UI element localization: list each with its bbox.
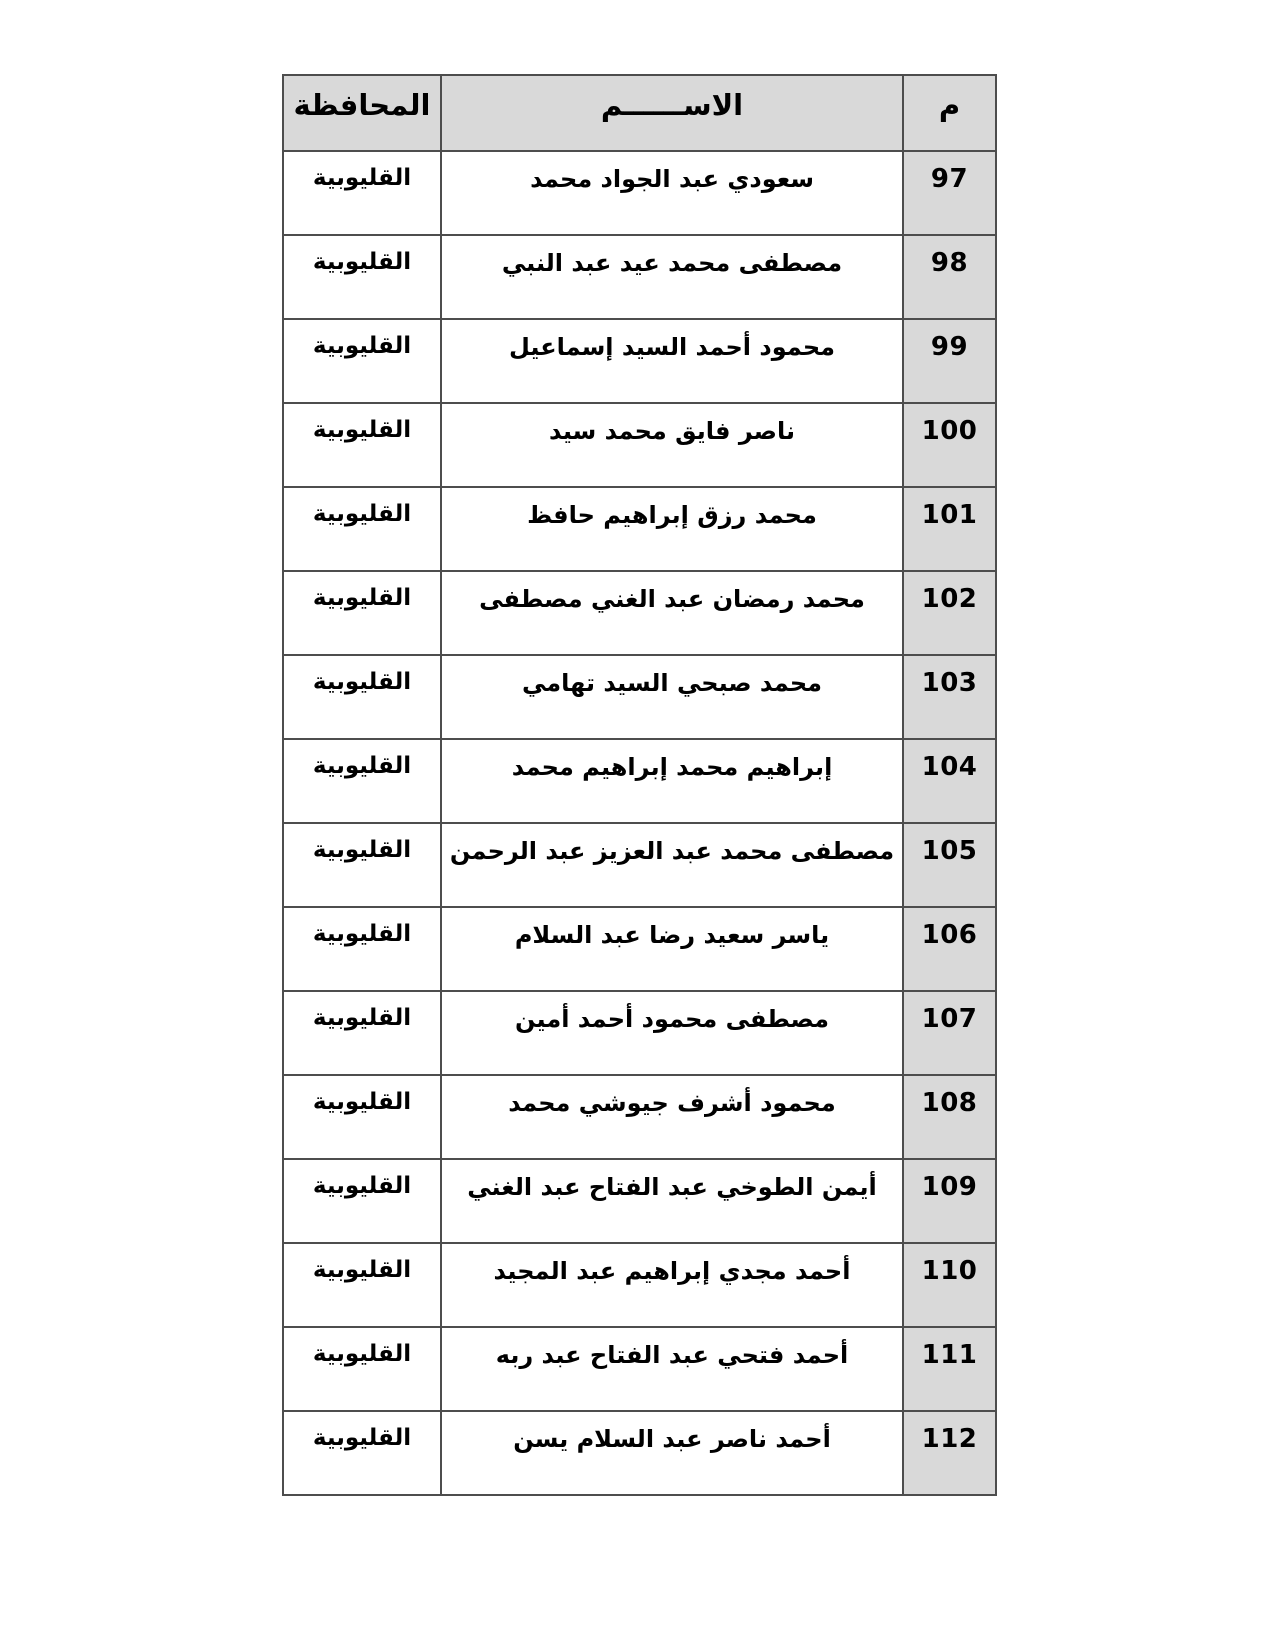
serial-cell: 106 — [903, 907, 996, 991]
table-row: 108 محمود أشرف جيوشي محمد القليوبية — [283, 1075, 996, 1159]
name-cell: أحمد فتحي عبد الفتاح عبد ربه — [441, 1327, 903, 1411]
governorate-cell: القليوبية — [283, 403, 441, 487]
table-row: 100 ناصر فايق محمد سيد القليوبية — [283, 403, 996, 487]
table-row: 97 سعودي عبد الجواد محمد القليوبية — [283, 151, 996, 235]
name-cell: ناصر فايق محمد سيد — [441, 403, 903, 487]
table-row: 106 ياسر سعيد رضا عبد السلام القليوبية — [283, 907, 996, 991]
governorate-cell: القليوبية — [283, 907, 441, 991]
table-row: 107 مصطفى محمود أحمد أمين القليوبية — [283, 991, 996, 1075]
table-row: 104 إبراهيم محمد إبراهيم محمد القليوبية — [283, 739, 996, 823]
serial-cell: 105 — [903, 823, 996, 907]
serial-cell: 100 — [903, 403, 996, 487]
serial-cell: 102 — [903, 571, 996, 655]
table-row: 102 محمد رمضان عبد الغني مصطفى القليوبية — [283, 571, 996, 655]
table-row: 110 أحمد مجدي إبراهيم عبد المجيد القليوب… — [283, 1243, 996, 1327]
table-body: 97 سعودي عبد الجواد محمد القليوبية 98 مص… — [283, 151, 996, 1495]
serial-cell: 108 — [903, 1075, 996, 1159]
header-serial: م — [903, 75, 996, 151]
governorate-cell: القليوبية — [283, 1159, 441, 1243]
serial-cell: 104 — [903, 739, 996, 823]
governorate-cell: القليوبية — [283, 655, 441, 739]
table-row: 109 أيمن الطوخي عبد الفتاح عبد الغني الق… — [283, 1159, 996, 1243]
name-cell: إبراهيم محمد إبراهيم محمد — [441, 739, 903, 823]
table-header-row: م الاســــــم المحافظة — [283, 75, 996, 151]
name-cell: ياسر سعيد رضا عبد السلام — [441, 907, 903, 991]
name-cell: أيمن الطوخي عبد الفتاح عبد الغني — [441, 1159, 903, 1243]
name-cell: مصطفى محمود أحمد أمين — [441, 991, 903, 1075]
serial-cell: 103 — [903, 655, 996, 739]
table-row: 111 أحمد فتحي عبد الفتاح عبد ربه القليوب… — [283, 1327, 996, 1411]
governorate-cell: القليوبية — [283, 1411, 441, 1495]
name-cell: محمد رزق إبراهيم حافظ — [441, 487, 903, 571]
name-cell: أحمد ناصر عبد السلام يسن — [441, 1411, 903, 1495]
governorate-cell: القليوبية — [283, 991, 441, 1075]
governorate-cell: القليوبية — [283, 1075, 441, 1159]
governorate-cell: القليوبية — [283, 319, 441, 403]
governorate-cell: القليوبية — [283, 1243, 441, 1327]
name-cell: محمد صبحي السيد تهامي — [441, 655, 903, 739]
serial-cell: 99 — [903, 319, 996, 403]
governorate-cell: القليوبية — [283, 1327, 441, 1411]
table-row: 99 محمود أحمد السيد إسماعيل القليوبية — [283, 319, 996, 403]
name-cell: مصطفى محمد عيد عبد النبي — [441, 235, 903, 319]
governorate-cell: القليوبية — [283, 571, 441, 655]
header-name: الاســــــم — [441, 75, 903, 151]
governorate-cell: القليوبية — [283, 823, 441, 907]
roster-table: م الاســــــم المحافظة 97 سعودي عبد الجو… — [282, 74, 997, 1496]
table-row: 103 محمد صبحي السيد تهامي القليوبية — [283, 655, 996, 739]
table-row: 105 مصطفى محمد عبد العزيز عبد الرحمن الق… — [283, 823, 996, 907]
header-governorate: المحافظة — [283, 75, 441, 151]
name-cell: أحمد مجدي إبراهيم عبد المجيد — [441, 1243, 903, 1327]
name-cell: محمود أحمد السيد إسماعيل — [441, 319, 903, 403]
document-page: م الاســــــم المحافظة 97 سعودي عبد الجو… — [0, 0, 1275, 1650]
serial-cell: 107 — [903, 991, 996, 1075]
table-row: 112 أحمد ناصر عبد السلام يسن القليوبية — [283, 1411, 996, 1495]
table-row: 101 محمد رزق إبراهيم حافظ القليوبية — [283, 487, 996, 571]
serial-cell: 112 — [903, 1411, 996, 1495]
name-cell: محمد رمضان عبد الغني مصطفى — [441, 571, 903, 655]
name-cell: مصطفى محمد عبد العزيز عبد الرحمن — [441, 823, 903, 907]
table-row: 98 مصطفى محمد عيد عبد النبي القليوبية — [283, 235, 996, 319]
serial-cell: 109 — [903, 1159, 996, 1243]
serial-cell: 101 — [903, 487, 996, 571]
governorate-cell: القليوبية — [283, 739, 441, 823]
governorate-cell: القليوبية — [283, 235, 441, 319]
serial-cell: 98 — [903, 235, 996, 319]
serial-cell: 97 — [903, 151, 996, 235]
serial-cell: 110 — [903, 1243, 996, 1327]
governorate-cell: القليوبية — [283, 487, 441, 571]
name-cell: سعودي عبد الجواد محمد — [441, 151, 903, 235]
governorate-cell: القليوبية — [283, 151, 441, 235]
serial-cell: 111 — [903, 1327, 996, 1411]
name-cell: محمود أشرف جيوشي محمد — [441, 1075, 903, 1159]
